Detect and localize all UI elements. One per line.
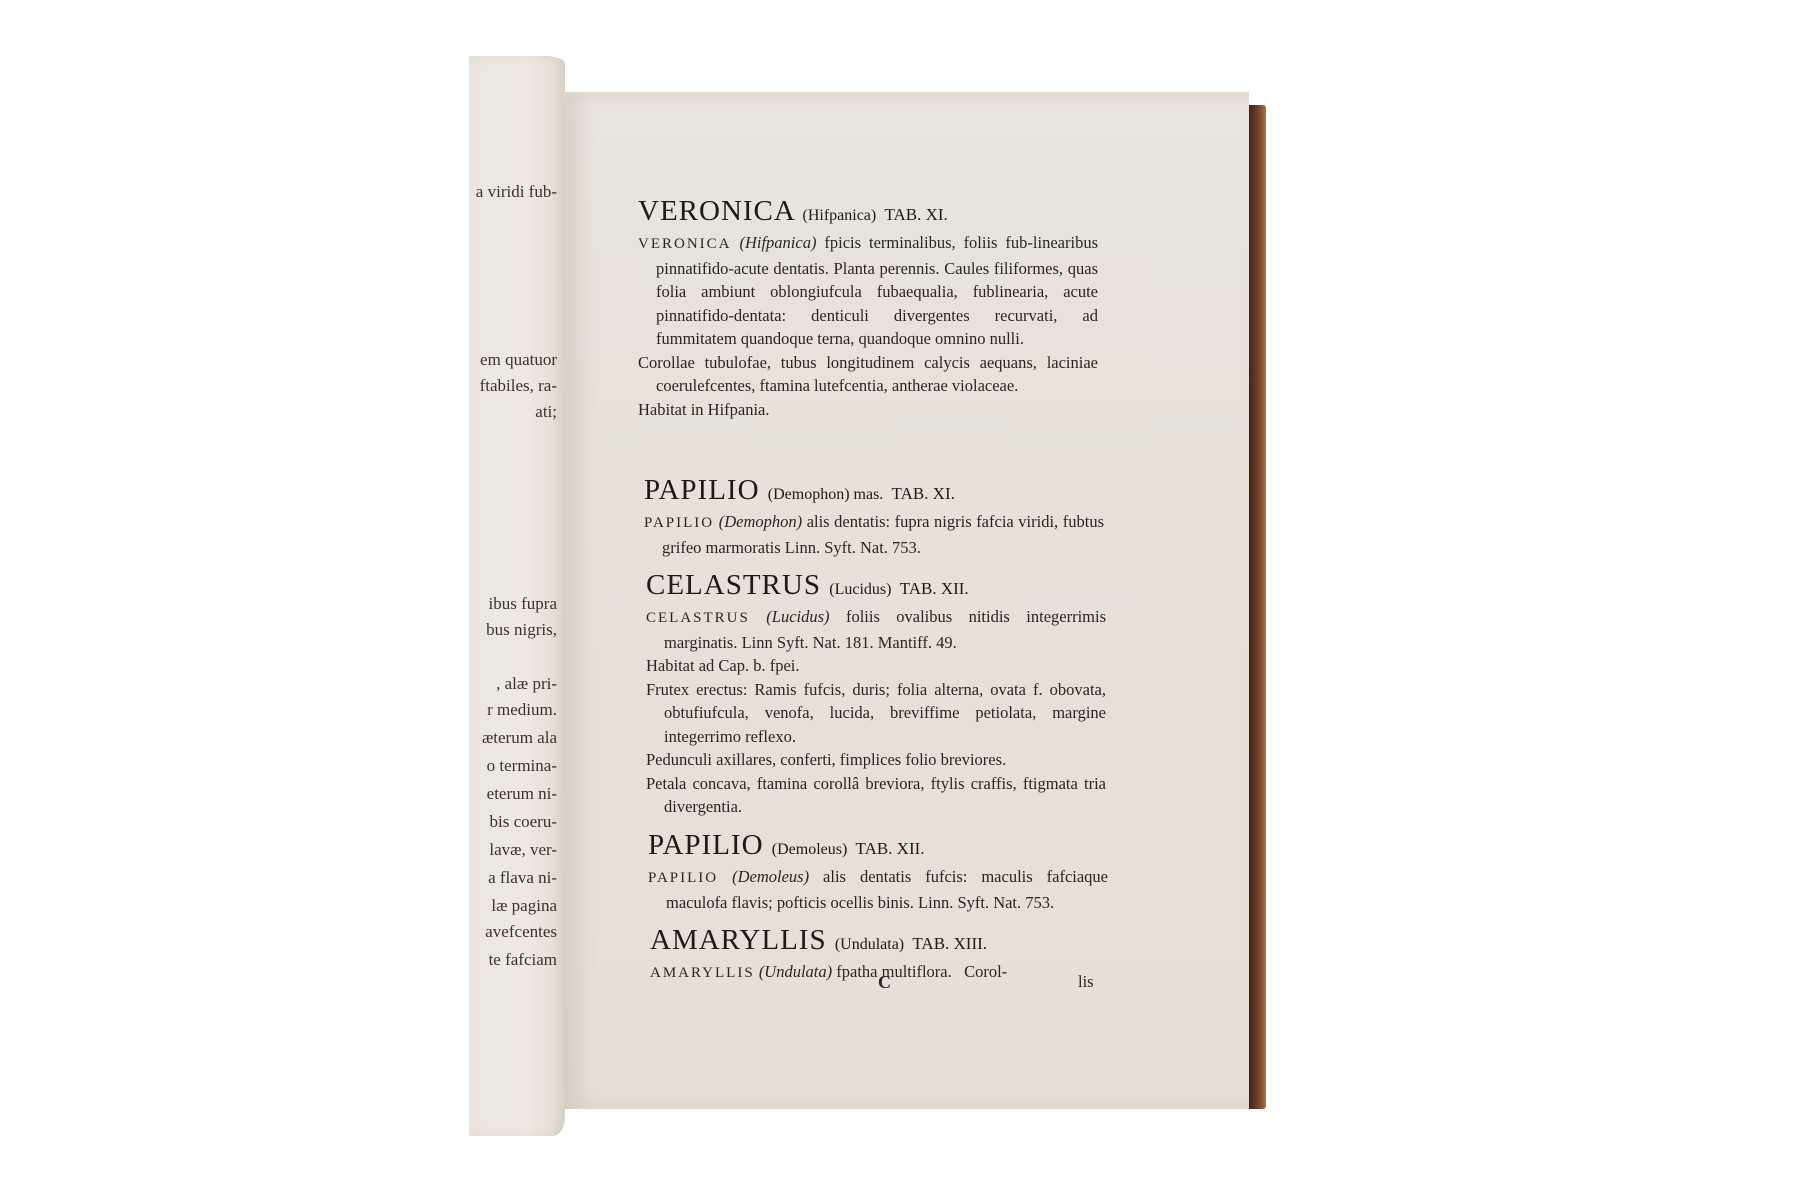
description-paragraph: CELASTRUS (Lucidus) foliis ovalibus niti… xyxy=(646,605,1106,654)
plate-reference: TAB. XIII. xyxy=(912,934,987,953)
description-paragraph: Pedunculi axillares, conferti, fimplices… xyxy=(646,748,1106,772)
genus-name: AMARYLLIS xyxy=(650,924,827,956)
description-paragraph: VERONICA (Hifpanica) fpicis terminalibus… xyxy=(638,231,1098,351)
facing-page-left: a viridi fub-em quatuorftabiles, ra-ati;… xyxy=(469,56,565,1136)
facing-page-line: bis coeru- xyxy=(489,812,557,832)
species-name: (Demophon) mas. xyxy=(768,486,884,503)
facing-page-line: a flava ni- xyxy=(488,868,557,888)
plate-reference: TAB. XII. xyxy=(900,579,969,598)
plate-reference: TAB. XI. xyxy=(892,484,955,503)
description-paragraph: Petala concava, ftamina corollâ breviora… xyxy=(646,772,1106,819)
plate-reference: TAB. XI. xyxy=(884,205,947,224)
signature-mark: C xyxy=(878,972,891,993)
description-paragraph: Corollae tubulofae, tubus longitudinem c… xyxy=(638,351,1098,398)
catchword: lis xyxy=(1078,972,1094,992)
facing-page-line: , alæ pri- xyxy=(496,674,557,694)
entry-heading: PAPILIO (Demophon) mas. TAB. XI. xyxy=(644,475,1104,510)
entry-papilio-demoleus: PAPILIO (Demoleus) TAB. XII. PAPILIO (De… xyxy=(648,830,1108,914)
entry-heading: CELASTRUS (Lucidus) TAB. XII. xyxy=(646,570,1106,605)
habitat-line: Habitat ad Cap. b. fpei. xyxy=(646,654,1106,678)
facing-page-line: avefcentes xyxy=(485,922,557,942)
entry-papilio-demophon: PAPILIO (Demophon) mas. TAB. XI. PAPILIO… xyxy=(644,475,1104,559)
facing-page-line: ati; xyxy=(535,402,557,422)
facing-page-line: te fafciam xyxy=(489,950,557,970)
entry-heading: AMARYLLIS (Undulata) TAB. XIII. xyxy=(650,925,1110,960)
facing-page-line: r medium. xyxy=(487,700,557,720)
entry-veronica: VERONICA (Hifpanica) TAB. XI. VERONICA (… xyxy=(638,196,1098,421)
plate-reference: TAB. XII. xyxy=(856,839,925,858)
genus-name: VERONICA xyxy=(638,195,794,227)
facing-page-line: em quatuor xyxy=(480,350,557,370)
book-binding-edge xyxy=(1249,105,1266,1109)
entry-heading: VERONICA (Hifpanica) TAB. XI. xyxy=(638,196,1098,231)
species-name: (Undulata) xyxy=(835,936,904,953)
facing-page-line: a viridi fub- xyxy=(476,182,557,202)
facing-page-line: eterum ni- xyxy=(487,784,557,804)
facing-page-line: ibus fupra xyxy=(489,594,557,614)
facing-page-line: bus nigris, xyxy=(486,620,557,640)
description-paragraph: PAPILIO (Demophon) alis dentatis: fupra … xyxy=(644,510,1104,559)
facing-page-line: o termina- xyxy=(487,756,557,776)
species-name: (Demoleus) xyxy=(772,841,848,858)
species-name: (Hifpanica) xyxy=(802,207,876,224)
genus-name: PAPILIO xyxy=(648,829,764,861)
species-name: (Lucidus) xyxy=(829,581,891,598)
description-paragraph: PAPILIO (Demoleus) alis dentatis fufcis:… xyxy=(648,865,1108,914)
entry-heading: PAPILIO (Demoleus) TAB. XII. xyxy=(648,830,1108,865)
genus-name: PAPILIO xyxy=(644,474,760,506)
facing-page-line: ftabiles, ra- xyxy=(480,376,557,396)
facing-page-line: læ pagina xyxy=(491,896,557,916)
facing-page-line: æterum ala xyxy=(482,728,557,748)
book-page-right: VERONICA (Hifpanica) TAB. XI. VERONICA (… xyxy=(564,92,1249,1109)
facing-page-line: lavæ, ver- xyxy=(489,840,557,860)
genus-name: CELASTRUS xyxy=(646,569,821,601)
habitat-line: Habitat in Hifpania. xyxy=(638,398,1098,422)
description-paragraph: Frutex erectus: Ramis fufcis, duris; fol… xyxy=(646,678,1106,749)
entry-celastrus: CELASTRUS (Lucidus) TAB. XII. CELASTRUS … xyxy=(646,570,1106,819)
